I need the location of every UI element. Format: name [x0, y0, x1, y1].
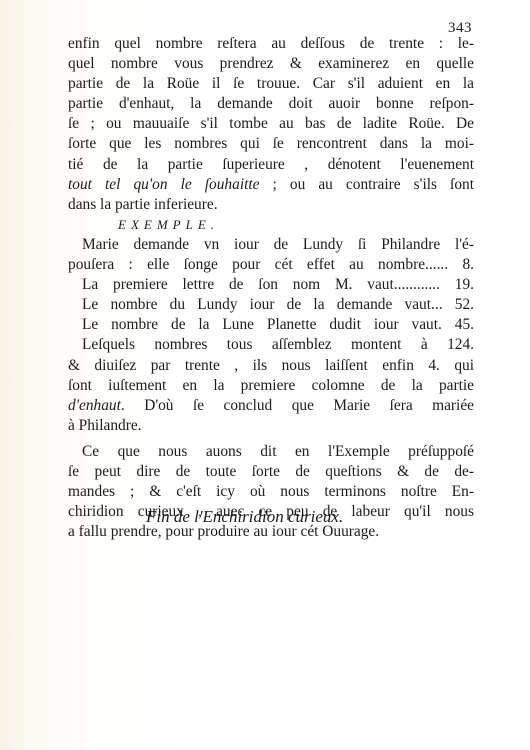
text-line: Ce que nous auons dit en l'Exemple préſu…: [68, 442, 474, 462]
text-fragment: ; ou au contraire s'ils ſont: [259, 176, 474, 193]
text-fragment: . D'où ſe conclud que Marie ſera mariée: [121, 397, 474, 414]
text-line: tout tel qu'on le ſouhaitte ; ou au cont…: [68, 175, 474, 195]
text-line: enfin quel nombre reſtera au deſſous de …: [68, 34, 474, 54]
text-line: pouſera : elle ſonge pour cét effet au n…: [68, 255, 474, 275]
text-line: Le nombre de la Lune Planette dudit iour…: [68, 315, 474, 335]
text-line: Le nombre du Lundy iour de la demande va…: [68, 295, 474, 315]
text-line: ſe ; ou mauuaiſe s'il tombe au bas de la…: [68, 114, 474, 134]
text-line: La premiere lettre de ſon nom M. vaut...…: [68, 275, 474, 295]
text-line: dans la partie inferieure.: [68, 195, 474, 215]
text-line: Leſquels nombres tous aſſemblez montent …: [68, 335, 474, 355]
text-line: partie d'enhaut, la demande doit auoir b…: [68, 94, 474, 114]
example-heading: EXEMPLE.: [68, 215, 474, 235]
text-line: ſont iuſtement en la premiere colomne de…: [68, 376, 474, 396]
text-line: tié de la partie ſuperieure , dénotent l…: [68, 155, 474, 175]
body-text: enfin quel nombre reſtera au deſſous de …: [68, 34, 474, 542]
text-line: à Philandre.: [68, 416, 474, 436]
text-line: Marie demande vn iour de Lundy ſi Philan…: [68, 235, 474, 255]
text-line: & diuiſez par trente , ils nous laiſſent…: [68, 356, 474, 376]
book-page: 343 enfin quel nombre reſtera au deſſous…: [0, 0, 530, 750]
text-line: partie de la Roüe il ſe trouue. Car s'il…: [68, 74, 474, 94]
colophon: Fin de l'Enchiridion curieux.: [146, 507, 343, 527]
italic-phrase: d'enhaut: [68, 397, 121, 414]
text-line: ſe peut dire de toute ſorte de queſtions…: [68, 462, 474, 482]
italic-phrase: tout tel qu'on le ſouhaitte: [68, 176, 259, 193]
text-line: mandes ; & c'eſt icy où nous terminons n…: [68, 482, 474, 502]
text-line: d'enhaut. D'où ſe conclud que Marie ſera…: [68, 396, 474, 416]
text-line: ſorte que les nombres qui ſe rencontrent…: [68, 134, 474, 154]
text-line: quel nombre vous prendrez & examinerez e…: [68, 54, 474, 74]
